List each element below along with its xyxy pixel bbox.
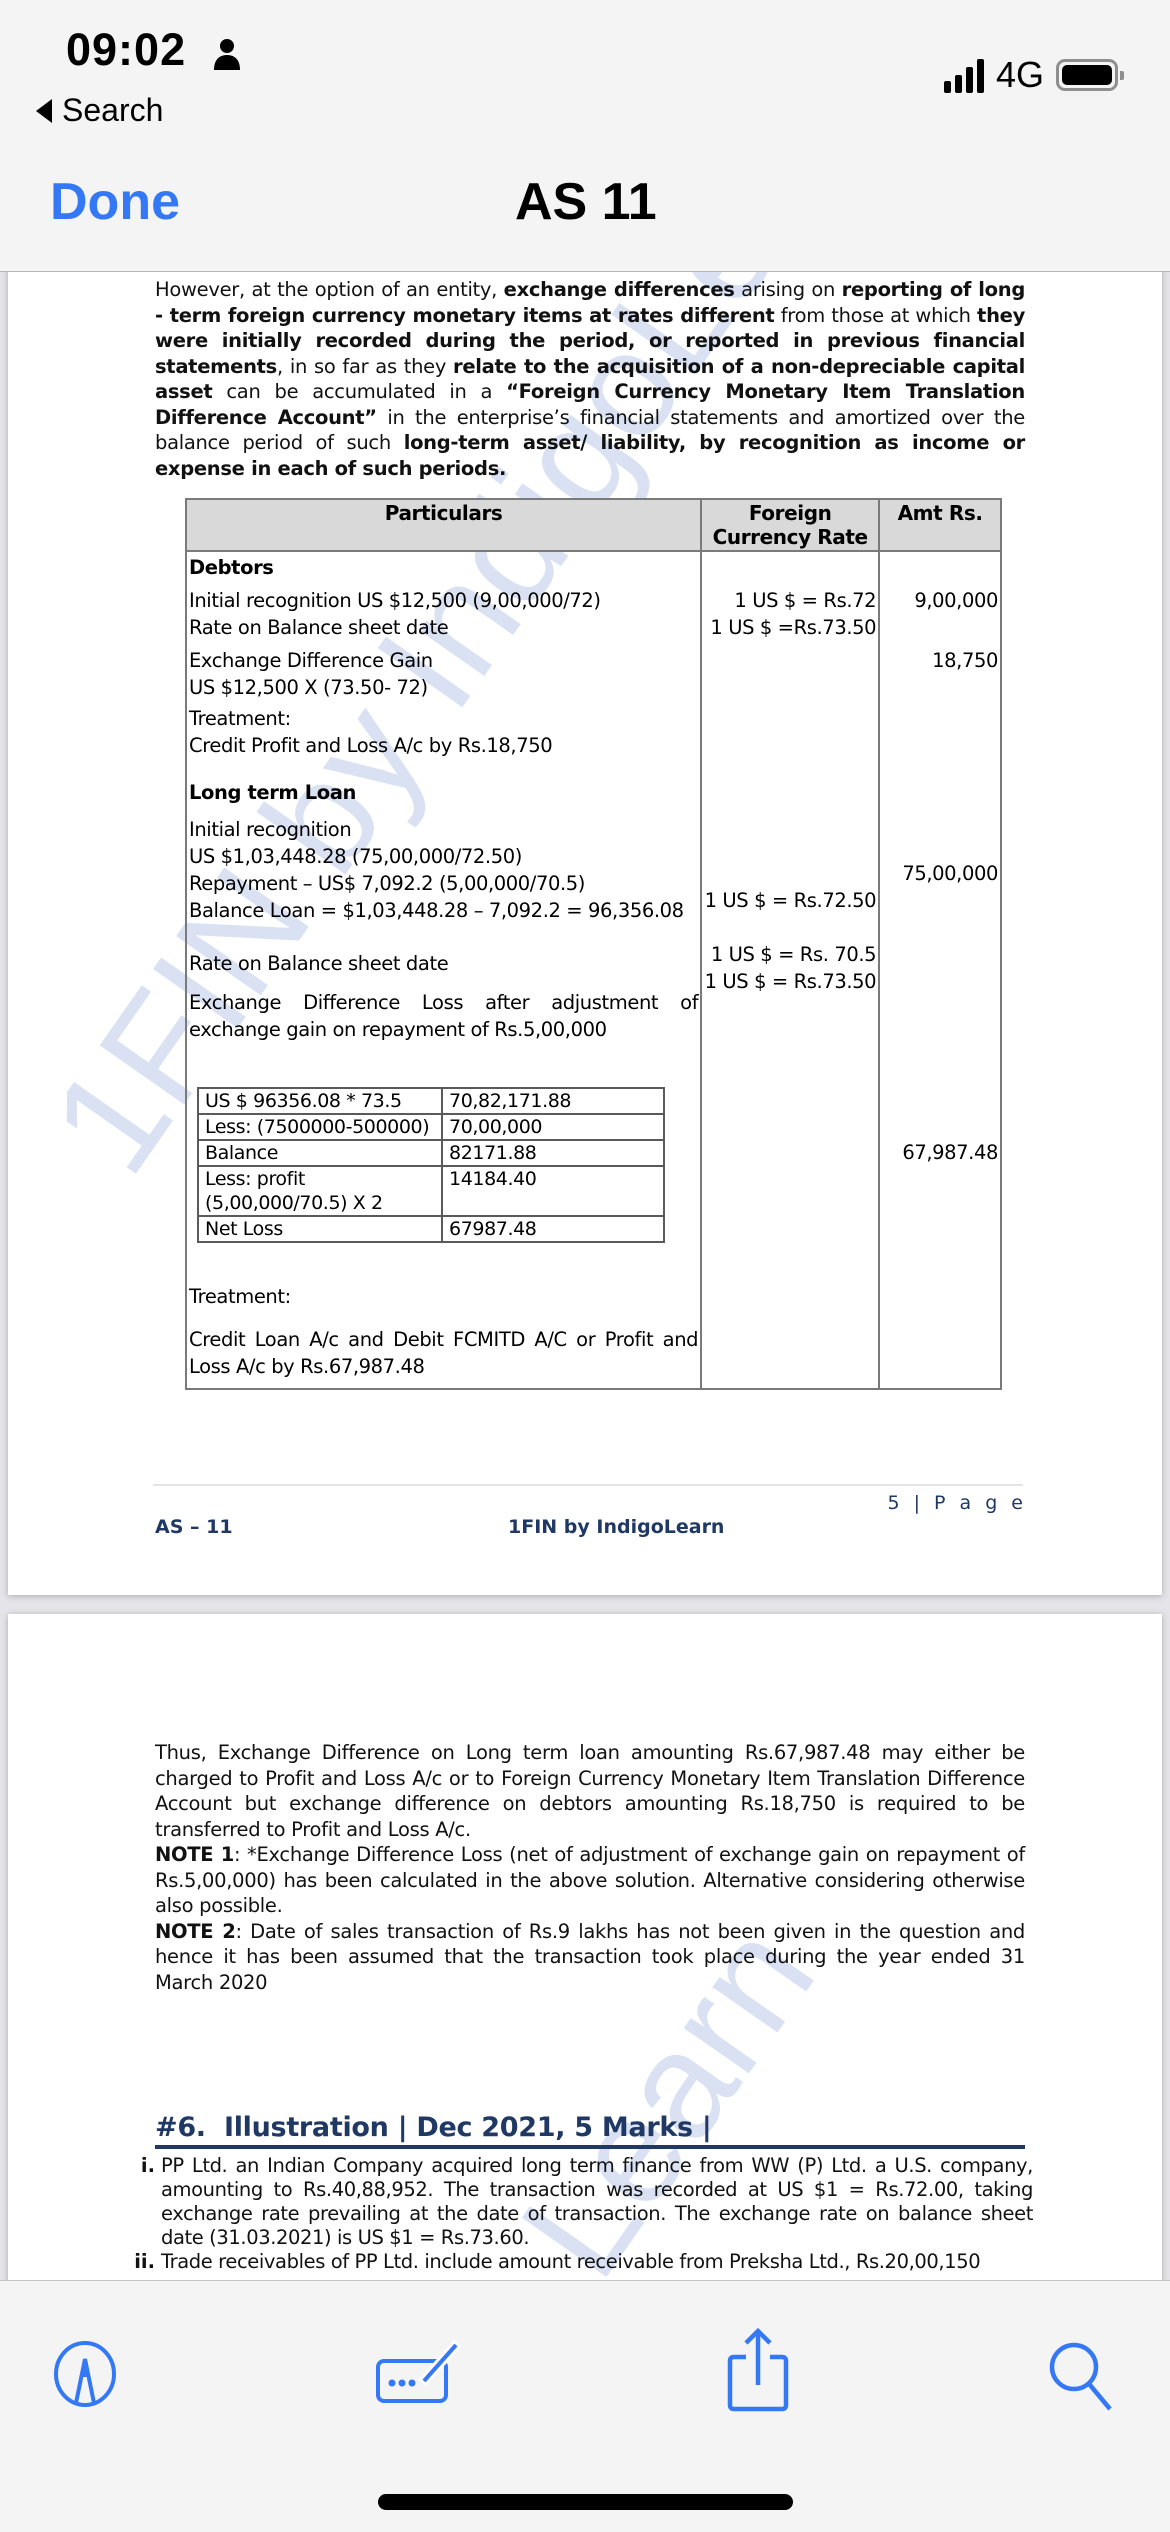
note-1-label: NOTE 1 — [155, 1843, 234, 1866]
debtors-treatment-text: Credit Profit and Loss A/c by Rs.18,750 — [189, 732, 698, 759]
header-rate: Foreign Currency Rate — [701, 499, 879, 551]
signature-icon[interactable] — [374, 2339, 474, 2409]
debtors-initial-amount: 9,00,000 — [882, 587, 998, 614]
calc-row: Less: profit (5,00,000/70.5) X 214184.40 — [198, 1166, 664, 1216]
loan-repay-rate: 1 US $ = Rs. 70.5 — [704, 941, 876, 968]
loan-treatment-text: Credit Loan A/c and Debit FCMITD A/C or … — [189, 1326, 698, 1380]
calc-row: Balance82171.88 — [198, 1140, 664, 1166]
debtors-bs-rate: 1 US $ =Rs.73.50 — [704, 614, 876, 641]
note-2: NOTE 2: Date of sales transaction of Rs.… — [155, 1919, 1025, 1996]
search-icon[interactable] — [1046, 2339, 1116, 2411]
loan-balance-rate: 1 US $ = Rs.73.50 — [704, 968, 876, 995]
loan-initial-rate: 1 US $ = Rs.72.50 — [704, 887, 876, 914]
conclusion-paragraph: Thus, Exchange Difference on Long term l… — [155, 1740, 1025, 1842]
debtors-initial-label: Initial recognition US $12,500 (9,00,000… — [189, 587, 698, 614]
loan-loss-label: Exchange Difference Loss after adjustmen… — [189, 989, 698, 1016]
calc-label: US $ 96356.08 * 73.5 — [198, 1088, 442, 1114]
solution-table: Particulars Foreign Currency Rate Amt Rs… — [185, 498, 1002, 1390]
calc-value: 70,00,000 — [442, 1114, 664, 1140]
debtors-gain-calc: US $12,500 X (73.50- 72) — [189, 674, 698, 701]
loan-title: Long term Loan — [189, 779, 698, 806]
header-particulars: Particulars — [186, 499, 701, 551]
item-marker: i. — [133, 2154, 161, 2250]
question-list: i.PP Ltd. an Indian Company acquired lon… — [133, 2154, 1033, 2274]
status-time: 09:02 — [66, 24, 186, 76]
network-type: 4G — [996, 54, 1044, 96]
intro-run: from those at which — [774, 304, 977, 327]
note-1-text: : *Exchange Difference Loss (net of adju… — [155, 1843, 1025, 1917]
document-page-6: Learn Thus, Exchange Difference on Long … — [8, 1614, 1162, 2314]
section-heading: #6. Illustration | Dec 2021, 5 Marks | — [155, 2112, 1025, 2149]
header-amount: Amt Rs. — [879, 499, 1001, 551]
intro-run: However, at the option of an entity, — [155, 278, 504, 301]
conclusion-block: Thus, Exchange Difference on Long term l… — [155, 1740, 1025, 1995]
markup-icon[interactable] — [52, 2339, 118, 2409]
footer-center: 1FIN by IndigoLearn — [508, 1516, 724, 1538]
loan-repay-label: Repayment – US$ 7,092.2 (5,00,000/70.5) — [189, 870, 698, 897]
calc-value: 14184.40 — [442, 1166, 664, 1216]
loan-bs-rate-label: Rate on Balance sheet date — [189, 950, 698, 977]
question-item: i.PP Ltd. an Indian Company acquired lon… — [133, 2154, 1033, 2250]
footer-left: AS – 11 — [155, 1516, 233, 1538]
loan-loss-amount: 67,987.48 — [882, 1139, 998, 1166]
person-icon — [212, 37, 242, 71]
debtors-gain-amount: 18,750 — [882, 647, 998, 674]
calc-row: US $ 96356.08 * 73.570,82,171.88 — [198, 1088, 664, 1114]
intro-run: exchange differences — [504, 278, 735, 301]
intro-run: can be accumulated in a — [212, 380, 506, 403]
loan-initial-label: Initial recognition — [189, 816, 698, 843]
share-icon[interactable] — [724, 2325, 794, 2415]
loan-initial-calc: US $1,03,448.28 (75,00,000/72.50) — [189, 843, 698, 870]
status-indicators: 4G — [944, 54, 1118, 96]
debtors-title: Debtors — [189, 554, 698, 581]
calc-label: Less: profit (5,00,000/70.5) X 2 — [198, 1166, 442, 1216]
signal-icon — [944, 57, 984, 93]
back-to-search-button[interactable]: Search — [36, 92, 163, 129]
debtors-gain-label: Exchange Difference Gain — [189, 647, 698, 674]
back-arrow-icon — [36, 99, 52, 123]
calc-value: 82171.88 — [442, 1140, 664, 1166]
calc-row: Net Loss67987.48 — [198, 1216, 664, 1242]
calc-label: Net Loss — [198, 1216, 442, 1242]
calc-row: Less: (7500000-500000)70,00,000 — [198, 1114, 664, 1140]
home-indicator[interactable] — [378, 2494, 793, 2510]
note-2-text: : Date of sales transaction of Rs.9 lakh… — [155, 1920, 1025, 1994]
item-text: PP Ltd. an Indian Company acquired long … — [161, 2154, 1033, 2250]
debtors-section: Debtors Initial recognition US $12,500 (… — [186, 551, 1001, 1388]
debtors-bs-rate-label: Rate on Balance sheet date — [189, 614, 698, 641]
intro-paragraph: However, at the option of an entity, exc… — [155, 277, 1025, 481]
calc-value: 70,82,171.88 — [442, 1088, 664, 1114]
intro-run: arising on — [735, 278, 842, 301]
battery-icon — [1056, 59, 1118, 91]
footer-divider — [153, 1484, 1023, 1486]
intro-run: , in so far as they — [277, 355, 453, 378]
top-bar: 09:02 Search 4G Done AS 11 — [0, 0, 1170, 272]
back-label: Search — [62, 92, 163, 129]
document-title: AS 11 — [515, 172, 657, 232]
item-text: Trade receivables of PP Ltd. include amo… — [161, 2250, 1033, 2274]
loan-initial-amount: 75,00,000 — [882, 860, 998, 887]
loan-loss-label-2: exchange gain on repayment of Rs.5,00,00… — [189, 1016, 698, 1043]
calc-label: Balance — [198, 1140, 442, 1166]
note-1: NOTE 1: *Exchange Difference Loss (net o… — [155, 1842, 1025, 1919]
note-2-label: NOTE 2 — [155, 1920, 236, 1943]
debtors-treatment-label: Treatment: — [189, 705, 698, 732]
loss-calculation-table: US $ 96356.08 * 73.570,82,171.88Less: (7… — [197, 1087, 665, 1243]
debtors-initial-rate: 1 US $ = Rs.72 — [704, 587, 876, 614]
item-marker: ii. — [133, 2250, 161, 2274]
question-item: ii.Trade receivables of PP Ltd. include … — [133, 2250, 1033, 2274]
loan-balance-label: Balance Loan = $1,03,448.28 – 7,092.2 = … — [189, 897, 698, 924]
page-number: 5 | P a g e — [887, 1492, 1027, 1514]
calc-value: 67987.48 — [442, 1216, 664, 1242]
done-button[interactable]: Done — [50, 172, 180, 232]
calc-label: Less: (7500000-500000) — [198, 1114, 442, 1140]
loan-treatment-label: Treatment: — [189, 1283, 698, 1310]
document-page-5: 1FIN by IndigoLearn recognised as income… — [8, 230, 1162, 1595]
